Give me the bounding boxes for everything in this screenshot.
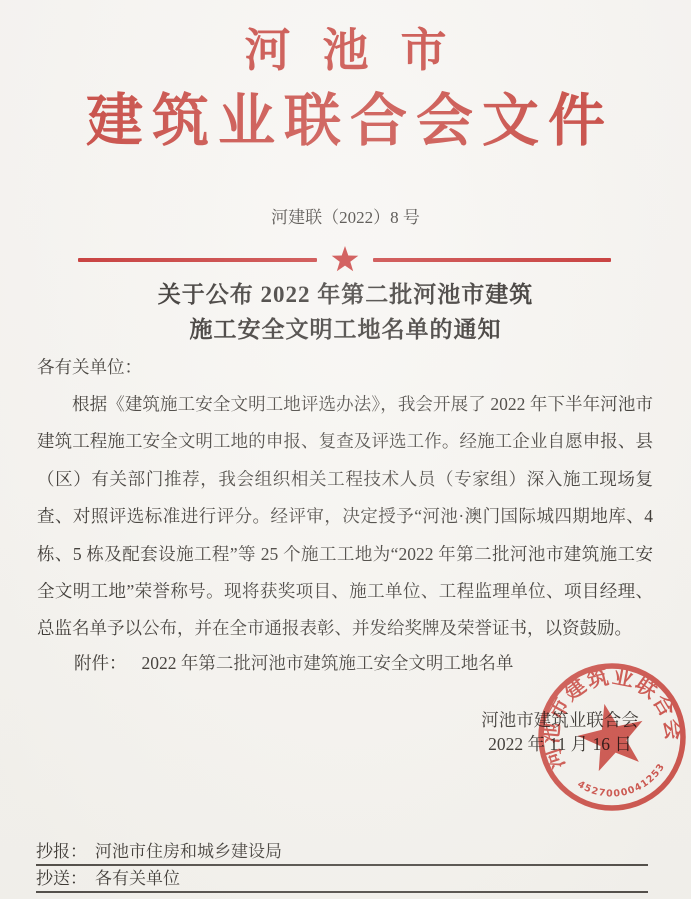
body-paragraph: 根据《建筑施工安全文明工地评选办法》，我会开展了 2022 年下半年河池市建筑工… xyxy=(37,386,653,648)
cc-send-label: 抄送： xyxy=(36,869,87,888)
cc-report-row: 抄报：河池市住房和城乡建设局 xyxy=(36,840,648,866)
header-org-name: 建筑业联合会文件 xyxy=(0,84,691,160)
star-icon xyxy=(330,245,360,275)
salutation: 各有关单位： xyxy=(37,356,142,378)
cc-send-row: 抄送：各有关单位 xyxy=(36,867,648,893)
seal-star-icon xyxy=(572,696,651,774)
document-title-line2: 施工安全文明工地名单的通知 xyxy=(60,312,631,347)
cc-report-value: 河池市住房和城乡建设局 xyxy=(95,842,282,861)
red-divider xyxy=(78,244,611,276)
divider-line-left xyxy=(78,258,317,263)
attachment-label: 附件： xyxy=(74,653,127,673)
header-org-city: 河池市 xyxy=(0,22,691,80)
attachment-text: 2022 年第二批河池市建筑施工安全文明工地名单 xyxy=(142,653,514,673)
cc-send-value: 各有关单位 xyxy=(95,869,180,888)
document-title-line1: 关于公布 2022 年第二批河池市建筑 xyxy=(60,277,631,312)
cc-report-label: 抄报： xyxy=(36,842,87,861)
scanned-official-document: 河池市 建筑业联合会文件 河建联（2022）8 号 关于公布 2022 年第二批… xyxy=(0,0,691,899)
document-title: 关于公布 2022 年第二批河池市建筑 施工安全文明工地名单的通知 xyxy=(60,277,631,347)
divider-line-right xyxy=(373,258,612,263)
official-seal-stamp: 河池市建筑业联合会 4527000041253 xyxy=(522,648,691,833)
document-number: 河建联（2022）8 号 xyxy=(0,205,691,231)
attachment-line: 附件：2022 年第二批河池市建筑施工安全文明工地名单 xyxy=(74,651,513,675)
cc-footer: 抄报：河池市住房和城乡建设局 抄送：各有关单位 xyxy=(36,840,648,894)
